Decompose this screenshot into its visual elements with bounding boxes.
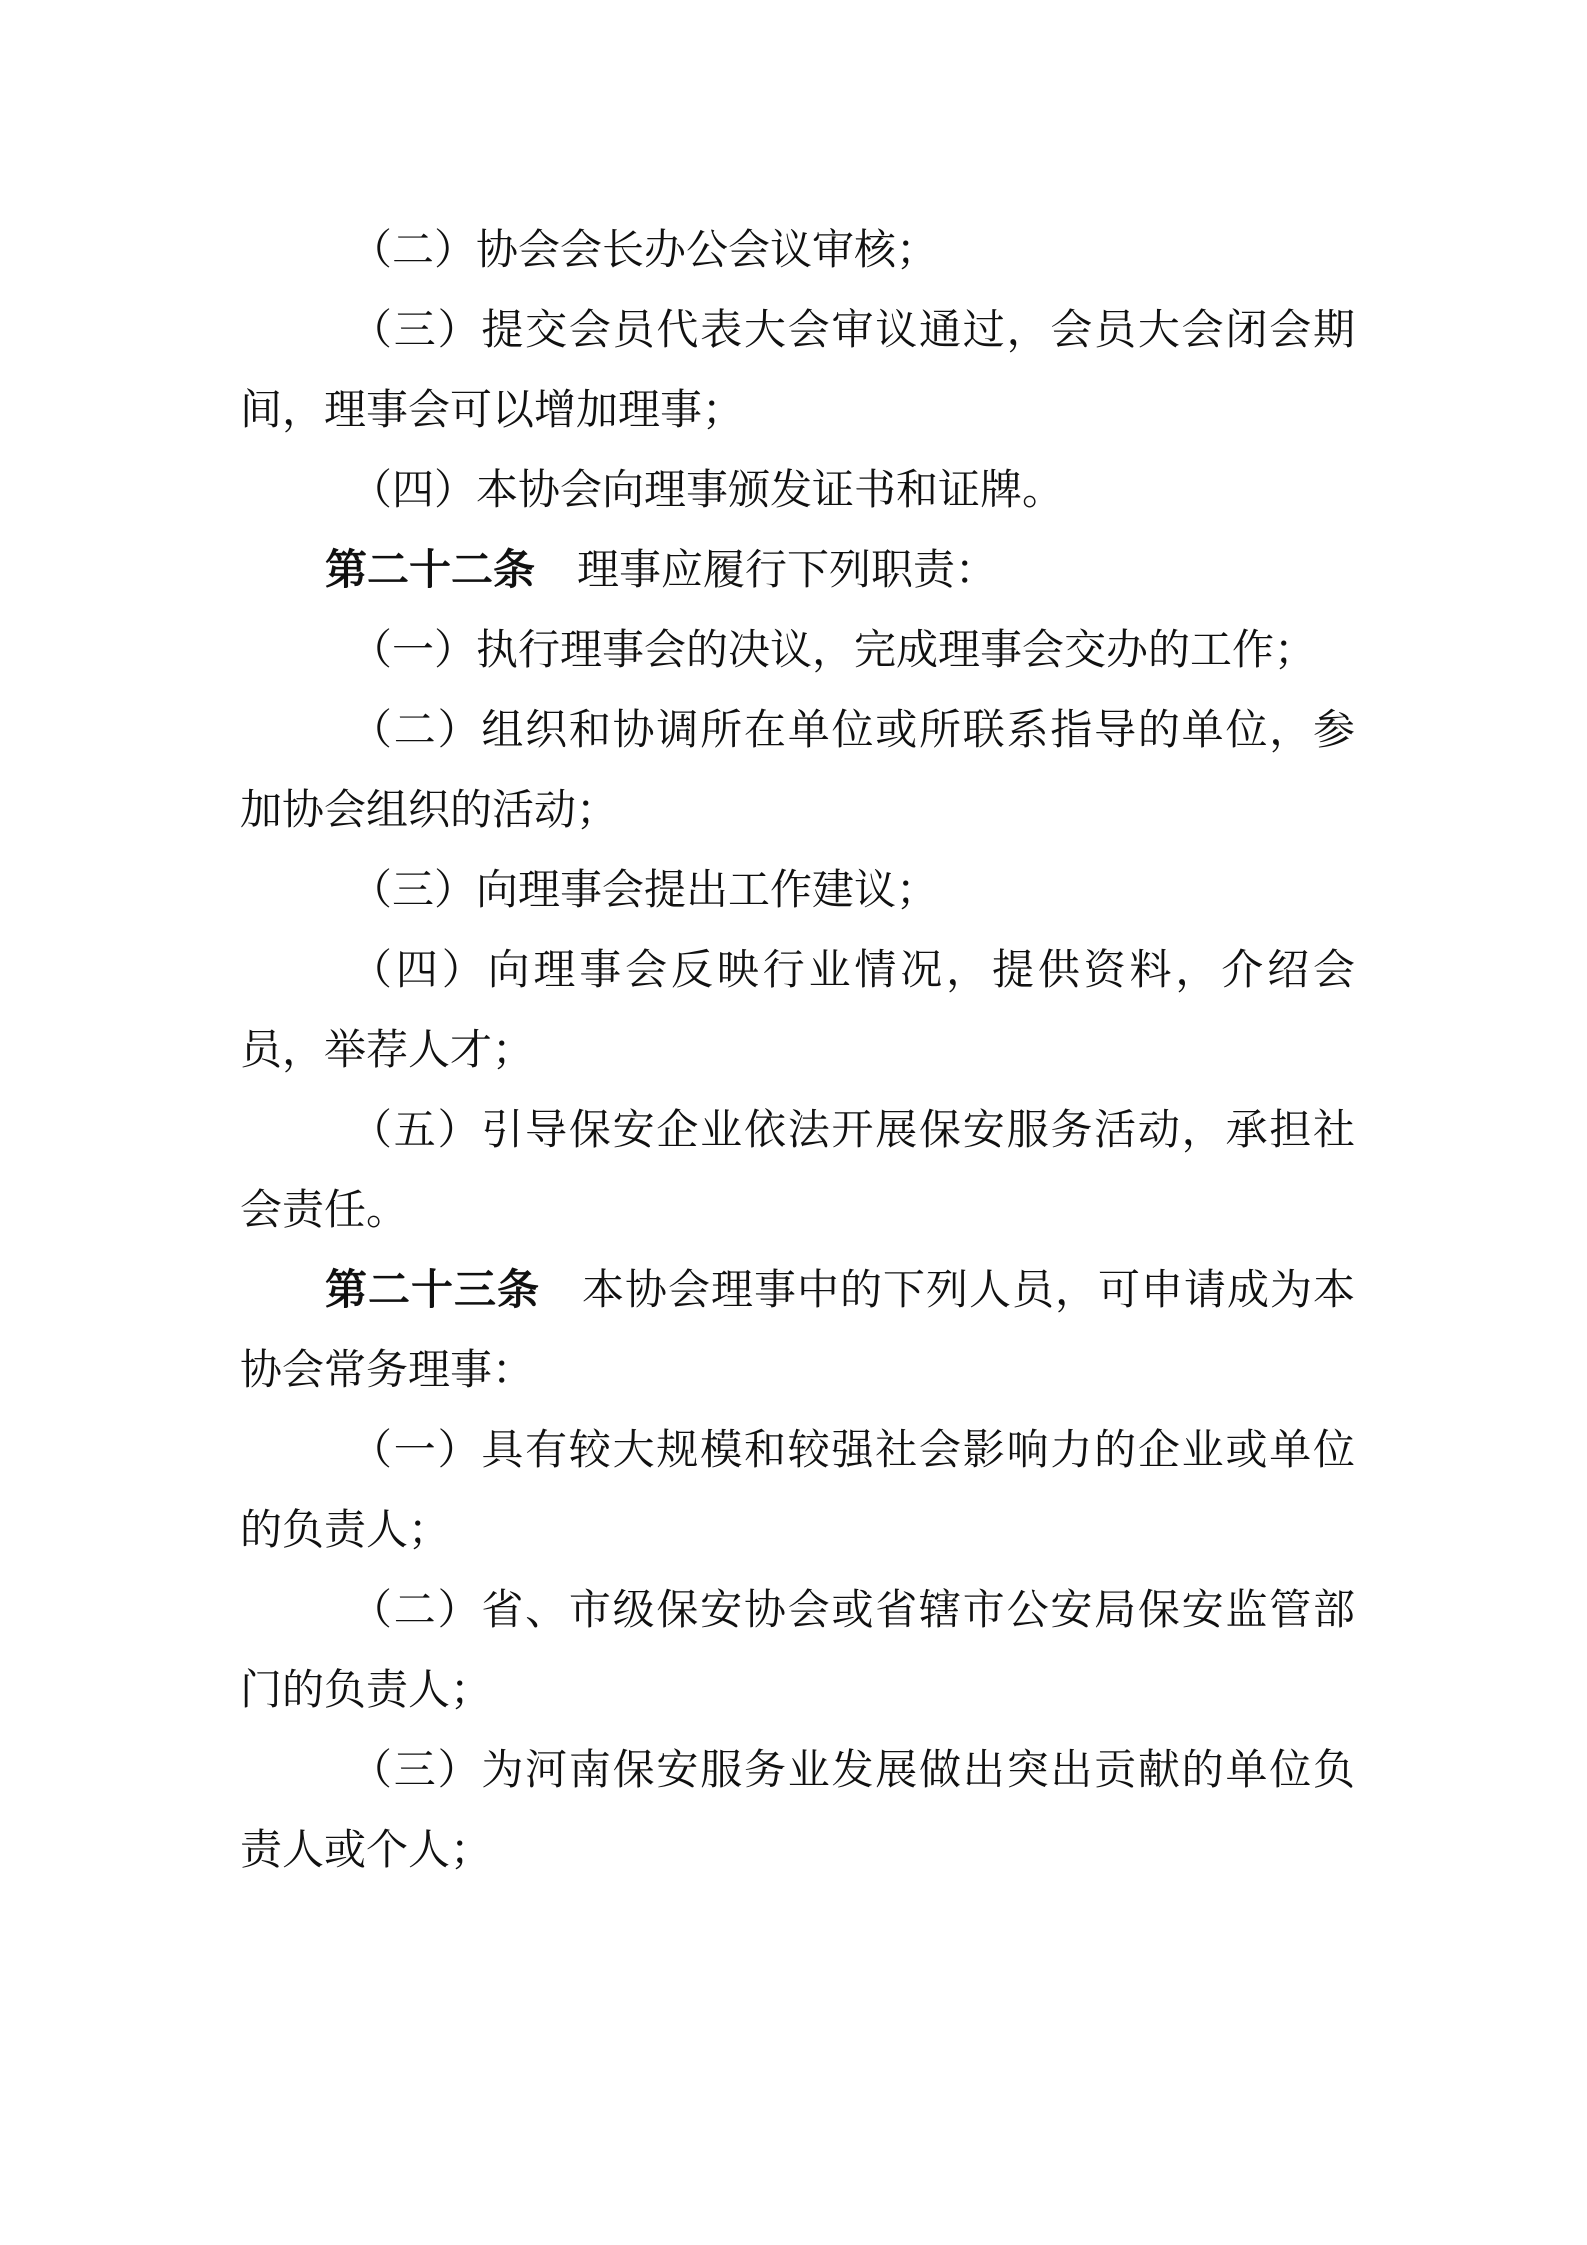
article-number: 第二十二条 [325,545,535,594]
article-number: 第二十三条 [325,1265,540,1314]
paragraph-item: （一）具有较大规模和较强社会影响力的企业或单位的负责人； [240,1410,1355,1570]
paragraph-item: （三）向理事会提出工作建议； [240,850,1355,930]
document-page: （二）协会会长办公会议审核； （三）提交会员代表大会审议通过，会员大会闭会期间，… [240,210,1355,1890]
paragraph-item: （二）省、市级保安协会或省辖市公安局保安监管部门的负责人； [240,1570,1355,1730]
paragraph-item: （二）组织和协调所在单位或所联系指导的单位，参加协会组织的活动； [240,690,1355,850]
paragraph-item: （四）本协会向理事颁发证书和证牌。 [240,450,1355,530]
article-22: 第二十二条理事应履行下列职责： [240,530,1355,610]
paragraph-item: （二）协会会长办公会议审核； [240,210,1355,290]
paragraph-item: （五）引导保安企业依法开展保安服务活动，承担社会责任。 [240,1090,1355,1250]
paragraph-item: （三）为河南保安服务业发展做出突出贡献的单位负责人或个人； [240,1730,1355,1890]
article-23: 第二十三条本协会理事中的下列人员，可申请成为本协会常务理事： [240,1250,1355,1410]
paragraph-item: （三）提交会员代表大会审议通过，会员大会闭会期间，理事会可以增加理事； [240,290,1355,450]
paragraph-item: （一）执行理事会的决议，完成理事会交办的工作； [240,610,1355,690]
article-text: 理事应履行下列职责： [577,545,997,594]
paragraph-item: （四）向理事会反映行业情况，提供资料，介绍会员，举荐人才； [240,930,1355,1090]
